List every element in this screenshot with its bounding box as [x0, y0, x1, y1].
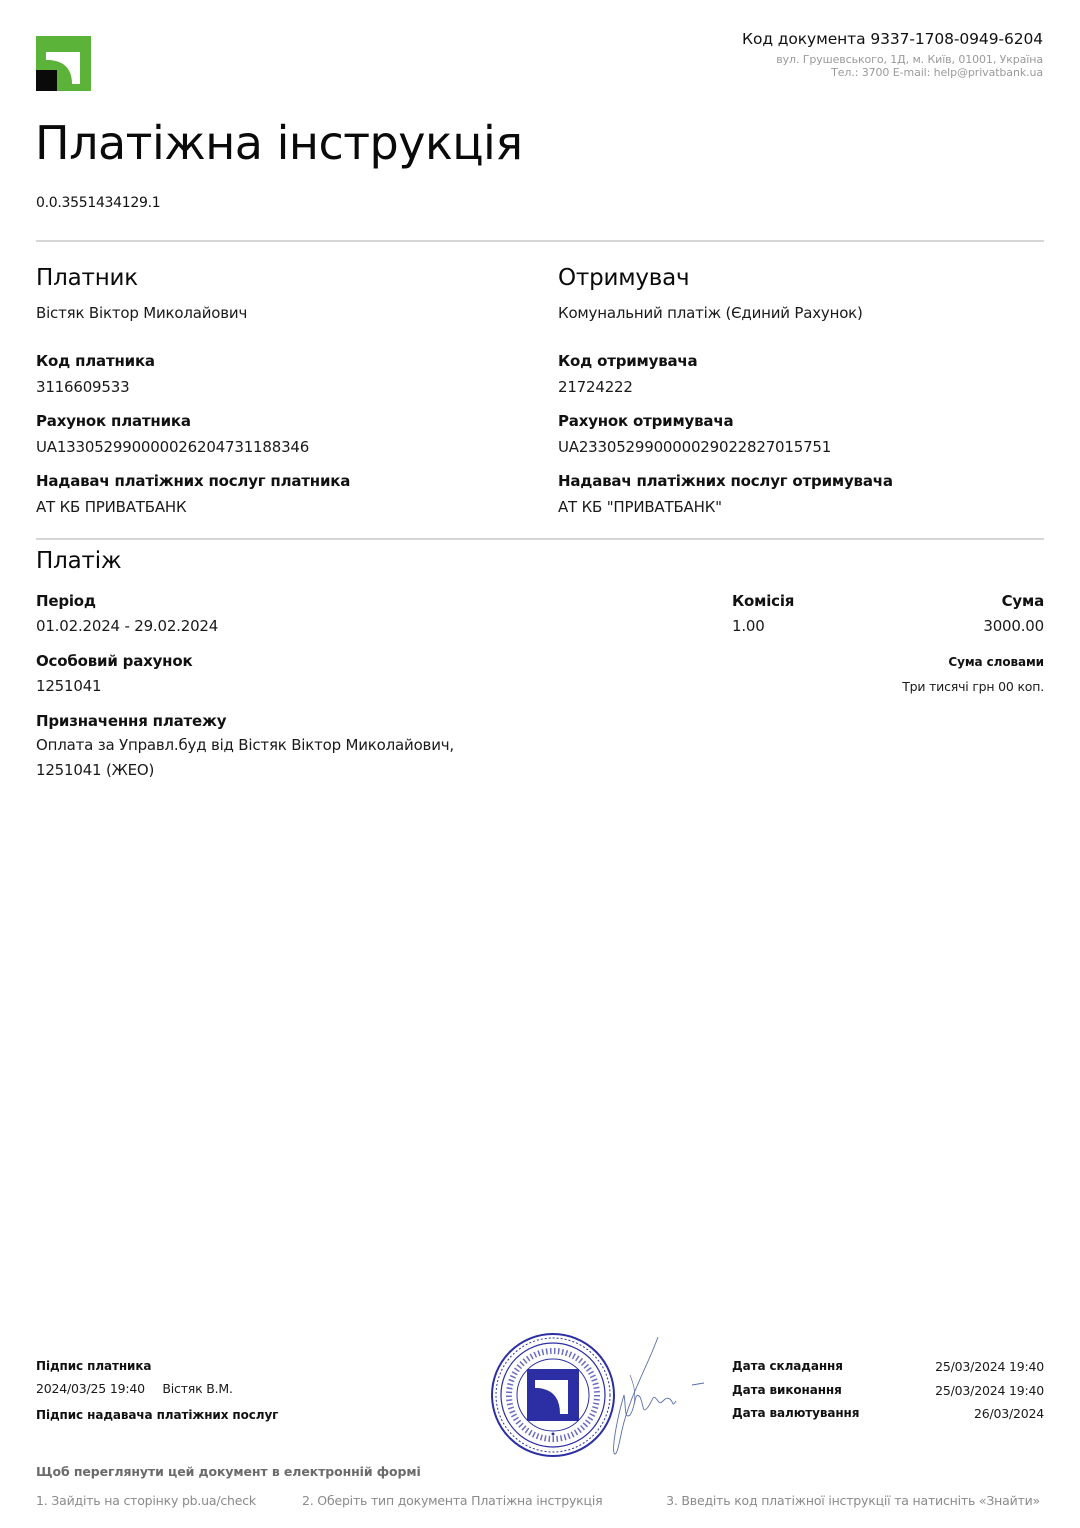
footer-heading: Щоб переглянути цей документ в електронн…: [36, 1464, 421, 1479]
date-label-1: Дата виконання: [732, 1383, 842, 1397]
footer-step-2: 2. Оберіть тип документа Платіжна інстру…: [302, 1493, 602, 1508]
date-value-2: 26/03/2024: [974, 1406, 1044, 1421]
payer-code: 3116609533: [36, 378, 129, 396]
payer-signature-label: Підпис платника: [36, 1359, 151, 1373]
date-label-2: Дата валютування: [732, 1406, 859, 1420]
bank-address: вул. Грушевського, 1Д, м. Київ, 01001, У…: [776, 53, 1043, 66]
commission-label: Комісія: [732, 592, 794, 610]
divider: [36, 538, 1044, 540]
payer-code-label: Код платника: [36, 352, 155, 370]
signature-icon: [600, 1335, 710, 1460]
divider: [36, 240, 1044, 242]
recipient-account-label: Рахунок отримувача: [558, 412, 733, 430]
bank-contacts: вул. Грушевського, 1Д, м. Київ, 01001, У…: [776, 53, 1043, 79]
amount-words-label: Сума словами: [948, 655, 1044, 669]
footer-step-1: 1. Зайдіть на сторінку pb.ua/check: [36, 1493, 256, 1508]
footer-step-3: 3. Введіть код платіжної інструкції та н…: [666, 1493, 1040, 1508]
personal-account-label: Особовий рахунок: [36, 652, 192, 670]
payer-heading: Платник: [36, 265, 138, 291]
date-label-0: Дата складання: [732, 1359, 843, 1373]
payer-provider: АТ КБ ПРИВАТБАНК: [36, 498, 186, 516]
document-number: 0.0.3551434129.1: [36, 195, 160, 211]
payer-signature-info: 2024/03/25 19:40 Вістяк В.М.: [36, 1381, 233, 1396]
payer-account: UA133052990000026204731188346: [36, 438, 309, 456]
purpose-line-1: Оплата за Управл.буд від Вістяк Віктор М…: [36, 736, 454, 754]
document-code: Код документа 9337-1708-0949-6204: [742, 30, 1043, 48]
purpose-line-2: 1251041 (ЖЕО): [36, 761, 154, 779]
payer-signature-name: Вістяк В.М.: [162, 1381, 232, 1396]
bank-contact-line: Тел.: 3700 E-mail: help@privatbank.ua: [776, 66, 1043, 79]
recipient-provider-label: Надавач платіжних послуг отримувача: [558, 472, 893, 490]
recipient-name: Комунальний платіж (Єдиний Рахунок): [558, 304, 863, 322]
amount-value: 3000.00: [983, 617, 1044, 635]
purpose-label: Призначення платежу: [36, 712, 226, 730]
page-title: Платіжна інструкція: [35, 116, 523, 170]
recipient-provider: АТ КБ "ПРИВАТБАНК": [558, 498, 722, 516]
provider-signature-label: Підпис надавача платіжних послуг: [36, 1408, 278, 1422]
recipient-code: 21724222: [558, 378, 633, 396]
recipient-code-label: Код отримувача: [558, 352, 697, 370]
payer-name: Вістяк Віктор Миколайович: [36, 304, 247, 322]
date-value-1: 25/03/2024 19:40: [935, 1383, 1044, 1398]
payer-account-label: Рахунок платника: [36, 412, 191, 430]
recipient-account: UA233052990000029022827015751: [558, 438, 831, 456]
payer-provider-label: Надавач платіжних послуг платника: [36, 472, 350, 490]
period-value: 01.02.2024 - 29.02.2024: [36, 617, 218, 635]
bank-stamp-icon: [490, 1332, 616, 1458]
personal-account-value: 1251041: [36, 677, 101, 695]
commission-value: 1.00: [732, 617, 765, 635]
payer-signature-datetime: 2024/03/25 19:40: [36, 1381, 145, 1396]
privatbank-logo-icon: [36, 36, 91, 91]
payment-heading: Платіж: [36, 548, 121, 574]
date-value-0: 25/03/2024 19:40: [935, 1359, 1044, 1374]
recipient-heading: Отримувач: [558, 265, 689, 291]
amount-label: Сума: [1002, 592, 1044, 610]
period-label: Період: [36, 592, 96, 610]
amount-words-value: Три тисячі грн 00 коп.: [902, 679, 1044, 694]
